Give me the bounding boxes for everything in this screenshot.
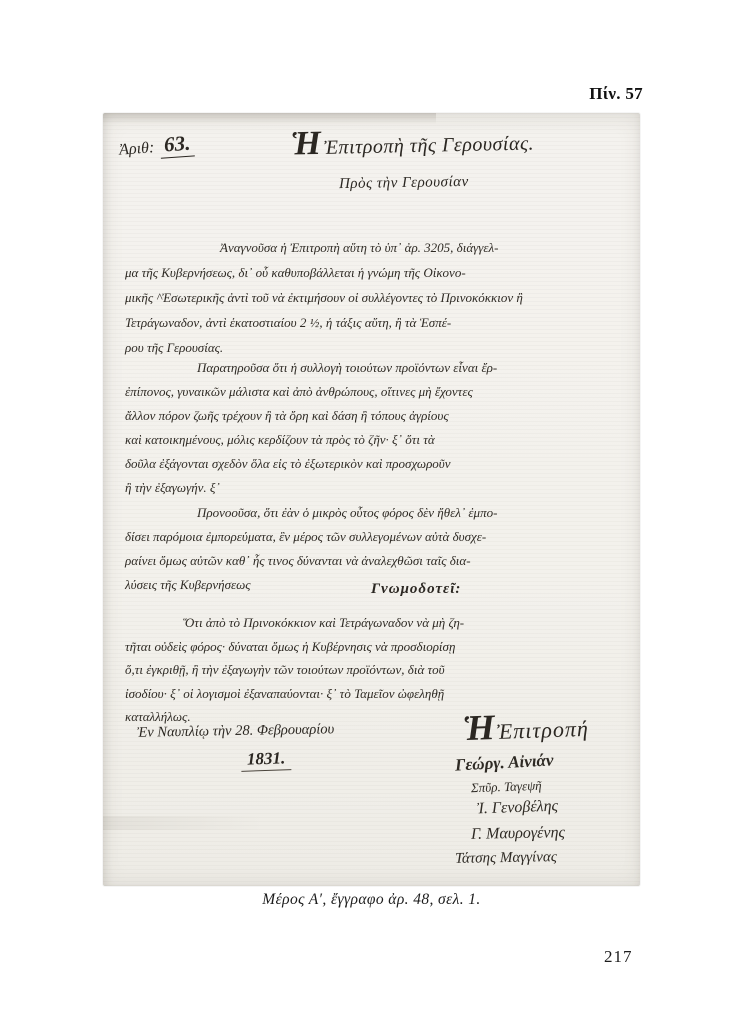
manuscript-paragraph-1: Ἀναγνοῦσα ἡ Ἐπιτροπὴ αὕτη τὸ ὑπ᾽ ἀρ. 320… — [125, 235, 636, 360]
signature-heading: ἩἘπιτροπή — [462, 703, 589, 749]
scan-edge-shade — [103, 816, 264, 830]
manuscript-line: δοῦλα ἐξάγονται σχεδὸν ὅλα εἰς τὸ ἐξωτερ… — [125, 452, 636, 476]
manuscript-resolution-word: Γνωμοδοτεῖ: — [371, 581, 461, 598]
manuscript-paragraph-2: Παρατηροῦσα ὅτι ἡ συλλογὴ τοιούτων προϊό… — [125, 356, 636, 500]
manuscript-line: δίσει παρόμοια ἐμπορεύματα, ἓν μέρος τῶν… — [125, 525, 636, 549]
manuscript-line: ἄλλον πόρον ζωῆς τρέχουν ἢ τὰ ὄρη καὶ δά… — [125, 404, 636, 428]
manuscript-dateline: Ἐν Ναυπλίῳ τὴν 28. Φεβρουαρίου — [137, 721, 335, 741]
manuscript-line: Ἀναγνοῦσα ἡ Ἐπιτροπὴ αὕτη τὸ ὑπ᾽ ἀρ. 320… — [125, 235, 636, 260]
manuscript-addressee: Πρὸς τὴν Γερουσίαν — [339, 174, 469, 193]
scan-edge-shade — [103, 113, 436, 124]
signature-heading-text: Ἐπιτροπή — [496, 716, 589, 744]
signature: Ἰ. Γενοβέλης — [477, 798, 559, 819]
protocol-number: Ἀριθ:63. — [118, 130, 195, 160]
manuscript-year: 1831. — [241, 748, 292, 772]
manuscript-line: Παρατηροῦσα ὅτι ἡ συλλογὴ τοιούτων προϊό… — [125, 356, 636, 380]
manuscript-line: ὅ,τι ἐγκριθῇ, ἢ τὴν ἐξαγωγὴν τῶν τοιούτω… — [125, 658, 636, 682]
manuscript-line: μικῆς ^Ἐσωτερικῆς ἀντὶ τοῦ νὰ ἐκτιμήσουν… — [125, 285, 636, 310]
protocol-value: 63. — [159, 130, 195, 158]
page-number: 217 — [604, 947, 633, 967]
manuscript-title-initial: Ἡ — [291, 125, 322, 163]
figure-caption: Μέρος Α′, ἔγγραφο ἀρ. 48, σελ. 1. — [0, 891, 743, 909]
manuscript-line: καὶ κατοικημένους, μόλις κερδίζουν τὰ πρ… — [125, 428, 636, 452]
signature: Γεώργ. Αἰνιάν — [455, 750, 554, 775]
signature: Τάτσης Μαγγίνας — [455, 849, 557, 868]
protocol-label: Ἀριθ: — [119, 139, 155, 158]
manuscript-line: Τετράγωναδον, ἀντὶ ἑκατοστιαίου 2 ½, ἡ τ… — [125, 310, 636, 335]
manuscript-line: ἰσοδίου· ξ᾽ οἱ λογισμοὶ ἐξαναπαύονται· ξ… — [125, 682, 636, 706]
manuscript-line: ἐπίπονος, γυναικῶν μάλιστα καὶ ἀπὸ ἀνθρώ… — [125, 380, 636, 404]
manuscript-line: μα τῆς Κυβερνήσεως, δι᾽ οὗ καθυποβάλλετα… — [125, 260, 636, 285]
manuscript-line: ἢ τὴν ἐξαγωγήν. ξ᾽ — [125, 476, 636, 500]
signature-heading-initial: Ἡ — [462, 707, 495, 748]
manuscript-title: ἩἘπιτροπὴ τῆς Γερουσίας. — [291, 120, 535, 163]
signature: Γ. Μαυρογένης — [471, 824, 565, 844]
manuscript-title-text: Ἐπιτροπὴ τῆς Γερουσίας. — [324, 132, 535, 158]
manuscript-line: τῆται οὐδεὶς φόρος· δύναται ὅμως ἡ Κυβέρ… — [125, 635, 636, 659]
plate-label: Πίν. 57 — [589, 84, 643, 104]
signature: Σπῦρ. Ταγεψῆ — [471, 778, 542, 796]
manuscript-line: Ὅτι ἀπὸ τὸ Πρινοκόκκιον καὶ Τετράγωναδον… — [125, 611, 636, 635]
manuscript-line: ραίνει ὅμως αὐτῶν καθ᾽ ἧς τινος δύνανται… — [125, 549, 636, 573]
manuscript-scan: Ἀριθ:63. ἩἘπιτροπὴ τῆς Γερουσίας. Πρὸς τ… — [103, 113, 640, 886]
manuscript-line: Προνοοῦσα, ὅτι ἐὰν ὁ μικρὸς οὗτος φόρος … — [125, 501, 636, 525]
